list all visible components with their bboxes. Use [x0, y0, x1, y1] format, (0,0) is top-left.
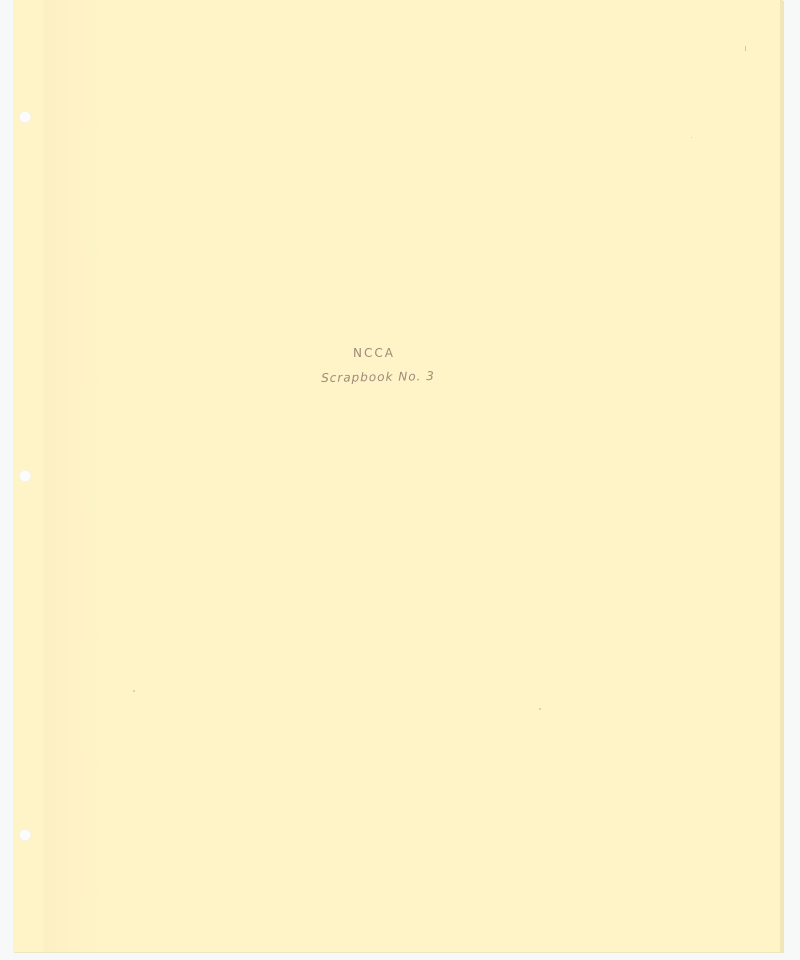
paper-speck — [745, 46, 746, 51]
scrapbook-page: NCCA Scrapbook No. 3 — [13, 0, 783, 952]
binder-hole-middle — [19, 470, 31, 482]
paper-speck — [133, 690, 135, 692]
binder-hole-top — [19, 111, 31, 123]
handwritten-label: NCCA Scrapbook No. 3 — [303, 346, 453, 384]
paper-speck — [691, 137, 692, 138]
binder-hole-bottom — [19, 829, 31, 841]
label-organization: NCCA — [295, 346, 453, 360]
paper-speck — [539, 708, 541, 710]
label-volume: Scrapbook No. 3 — [303, 369, 453, 386]
